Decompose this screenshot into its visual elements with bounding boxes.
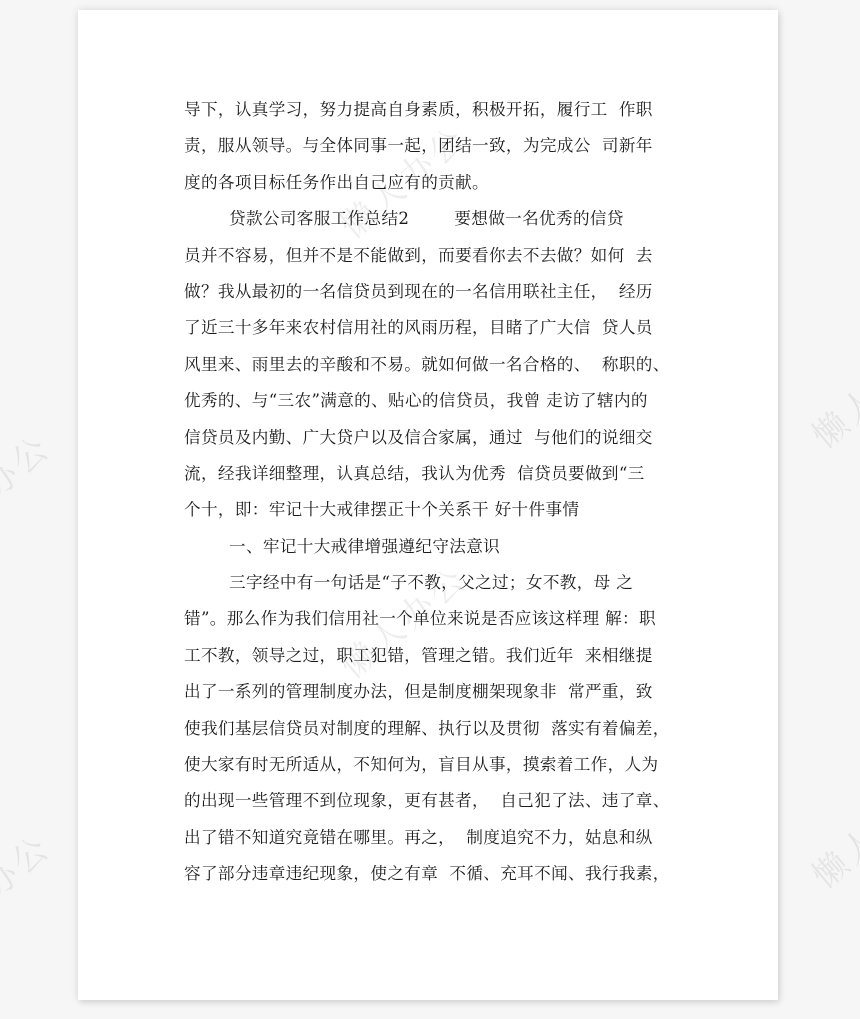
- watermark-right: 懒人: [800, 811, 860, 897]
- text-line: 使大家有时无所适从，不知何为，盲目从事，摸索着工作，人为: [184, 747, 680, 783]
- text-line: 责，服从领导。与全体同事一起，团结一致，为完成公 司新年: [184, 128, 680, 164]
- text-line: 三字经中有一句话是“子不教，父之过；女不教，母 之: [184, 565, 680, 601]
- text-line: 导下，认真学习，努力提高自身素质，积极开拓，履行工 作职: [184, 92, 680, 128]
- text-line: 个十，即：牢记十大戒律摆正十个关系干 好十件事情: [184, 492, 680, 528]
- text-line: 了近三十多年来农村信用社的风雨历程，目睹了广大信 贷人员: [184, 310, 680, 346]
- text-line: 容了部分违章违纪现象，使之有章 不循、充耳不闻、我行我素，: [184, 856, 680, 892]
- document-body: 导下，认真学习，努力提高自身素质，积极开拓，履行工 作职 责，服从领导。与全体同…: [184, 92, 680, 893]
- text-line: 信贷员及内勤、广大贷户以及信合家属，通过 与他们的说细交: [184, 420, 680, 456]
- watermark-right: 懒人: [800, 371, 860, 457]
- text-line: 度的各项目标任务作出自己应有的贡献。: [184, 165, 680, 201]
- text-line: 使我们基层信贷员对制度的理解、执行以及贯彻 落实有着偏差，: [184, 711, 680, 747]
- text-line: 工不教，领导之过，职工犯错，管理之错。我们近年 来相继提: [184, 638, 680, 674]
- text-line: 出了一系列的管理制度办法，但是制度棚架现象非 常严重，致: [184, 674, 680, 710]
- text-line: 流，经我详细整理，认真总结，我认为优秀 信贷员要做到“三: [184, 456, 680, 492]
- text-line: 优秀的、与“三农”满意的、贴心的信贷员，我曾 走访了辖内的: [184, 383, 680, 419]
- text-line: 员并不容易，但并不是不能做到，而要看你去不去做？如何 去: [184, 238, 680, 274]
- watermark-left: 办公: [0, 821, 60, 907]
- section-heading-line: 贷款公司客服工作总结2 要想做一名优秀的信贷: [184, 201, 680, 237]
- document-page: 懒人办公 懒人办公 导下，认真学习，努力提高自身素质，积极开拓，履行工 作职 责…: [78, 10, 778, 1000]
- text-line: 错”。那么作为我们信用社一个单位来说是否应该这样理 解：职: [184, 601, 680, 637]
- text-line: 出了错不知道究竟错在哪里。再之， 制度追究不力，姑息和纵: [184, 820, 680, 856]
- text-line: 风里来、雨里去的辛酸和不易。就如何做一名合格的、 称职的、: [184, 347, 680, 383]
- watermark-left: 办公: [0, 421, 60, 507]
- text-line: 做？我从最初的一名信贷员到现在的一名信用联社主任， 经历: [184, 274, 680, 310]
- subheading-line: 一、牢记十大戒律增强遵纪守法意识: [184, 529, 680, 565]
- text-line: 的出现一些管理不到位现象，更有甚者， 自己犯了法、违了章、: [184, 783, 680, 819]
